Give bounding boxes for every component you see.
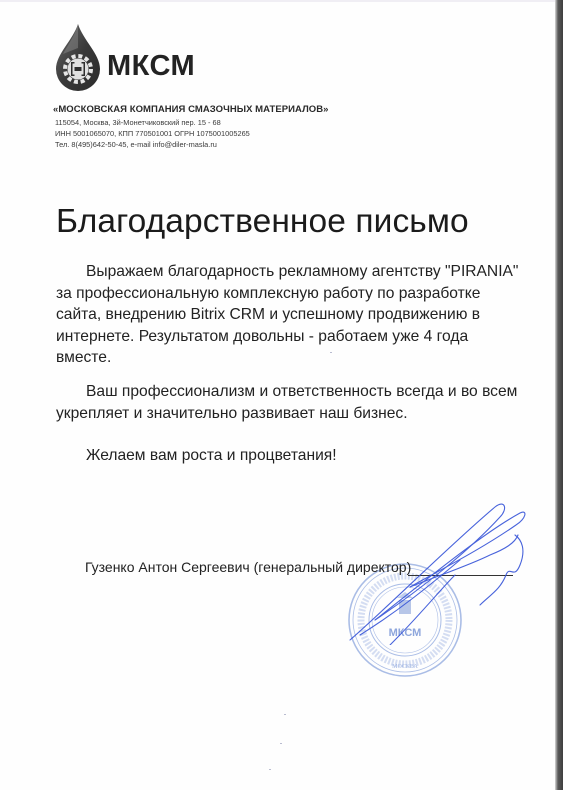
company-name: «МОСКОВСКАЯ КОМПАНИЯ СМАЗОЧНЫХ МАТЕРИАЛО…: [53, 104, 328, 115]
paragraph-gratitude: Выражаем благодарность рекламному агентс…: [56, 261, 516, 369]
oil-drop-gear-logo-icon: [53, 22, 103, 92]
text-line: вместе.: [56, 347, 516, 369]
letter-page: МКСМ «МОСКОВСКАЯ КОМПАНИЯ СМАЗОЧНЫХ МАТЕ…: [0, 0, 555, 790]
letter-title: Благодарственное письмо: [56, 203, 469, 241]
page-top-edge: [0, 0, 555, 2]
scan-speck: [330, 352, 332, 353]
svg-text:МОСКВА: МОСКВА: [392, 664, 418, 670]
text-line: за профессиональную комплексную работу п…: [56, 283, 516, 305]
scan-border-right: [555, 0, 563, 790]
text-line: Желаем вам роста и процветания!: [56, 445, 516, 467]
paragraph-wishes: Желаем вам роста и процветания!: [56, 445, 516, 467]
text-line: Выражаем благодарность рекламному агентс…: [56, 261, 516, 283]
text-line: интернете. Результатом довольны - работа…: [56, 326, 516, 348]
company-requisites: ИНН 5001065070, КПП 770501001 ОГРН 10750…: [55, 128, 250, 139]
text-line: Ваш профессионализм и ответственность вс…: [56, 381, 516, 403]
text-line: сайта, внедрению Bitrix CRM и успешному …: [56, 304, 516, 326]
company-contacts: Тел. 8(495)642-50-45, e-mail info@diler-…: [55, 139, 217, 150]
scan-speck: [269, 769, 271, 770]
brand-name: МКСМ: [107, 50, 195, 83]
company-address: 115054, Москва, 3й-Монетчиковский пер. 1…: [55, 117, 221, 128]
scan-speck: [280, 743, 282, 744]
paragraph-professionalism: Ваш профессионализм и ответственность вс…: [56, 381, 516, 424]
scan-speck: [284, 714, 286, 715]
text-line: укрепляет и значительно развивает наш би…: [56, 403, 516, 425]
handwritten-signature-icon: [330, 495, 530, 645]
